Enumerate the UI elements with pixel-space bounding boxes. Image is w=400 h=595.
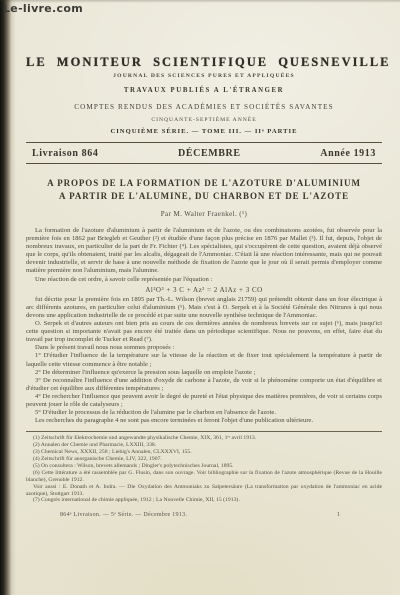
list-item: 1° D'étudier l'influence de la températu… [26,352,382,368]
journal-title: LE MONITEUR SCIENTIFIQUE QUESNEVILLE [26,55,382,70]
article-title-line2: A PARTIR DE L'ALUMINE, DU CHARBON ET DE … [26,190,382,203]
list-item: 4° De rechercher l'influence que peuvent… [26,393,382,409]
footnote-separator [26,431,382,432]
footnote: (5) On consultera : Wilson, brevets alle… [26,463,382,470]
rule-below-issue-bar [26,163,382,164]
footnote: (4) Zeitschrift für anorganische Chemie,… [26,456,382,463]
list-item: 3° De reconnaître l'influence d'une addi… [26,377,382,393]
issue-month: DÉCEMBRE [178,148,241,159]
article-title: A PROPOS DE LA FORMATION DE L'AZOTURE D'… [26,177,382,203]
paragraph: Dans le présent travail nous nous sommes… [26,344,382,352]
footnote: (6) Cette littérature a été rassemblée p… [26,470,382,484]
chemical-equation: Al²O³ + 3 C + Az² = 2 AlAz + 3 CO [26,286,382,294]
book-spine-shadow [0,0,16,595]
page-content: LE MONITEUR SCIENTIFIQUE QUESNEVILLE JOU… [26,0,382,518]
journal-subtitle: JOURNAL DES SCIENCES PURES ET APPLIQUÉES [26,73,382,79]
journal-masthead: LE MONITEUR SCIENTIFIQUE QUESNEVILLE JOU… [26,55,382,135]
masthead-year-line: CINQUANTE-SEPTIÈME ANNÉE [26,117,382,123]
paragraph: Une réaction de cet ordre, à savoir cell… [26,276,382,284]
masthead-series-line: CINQUIÈME SÉRIE. — TOME III. — IIᵉ PARTI… [26,128,382,135]
issue-signature: 864ᵉ Livraison. — 5ᵉ Série. — Décembre 1… [60,512,187,518]
page-mark: 1 [337,512,340,518]
footnote: (3) Chemical News, XXXII, 258 ; Liebig's… [26,449,382,456]
footnotes: (1) Zeitschrift für Elektrochemie und an… [26,435,382,504]
masthead-works-line: TRAVAUX PUBLIÉS A L'ÉTRANGER [26,87,382,94]
page-footer: 864ᵉ Livraison. — 5ᵉ Série. — Décembre 1… [26,512,382,518]
masthead-comptes-line: COMPTES RENDUS DES ACADÉMIES ET SOCIÉTÉS… [26,103,382,111]
footnote: (7) Congrès international de chimie appl… [26,497,382,504]
list-item: 2° De déterminer l'influence qu'exerce l… [26,369,382,377]
paragraph: La formation de l'azoture d'aluminium à … [26,227,382,276]
article-title-line1: A PROPOS DE LA FORMATION DE L'AZOTURE D'… [26,177,382,190]
issue-year: Année 1913 [320,148,376,159]
paragraph: O. Serpek et d'autres auteurs ont bien p… [26,320,382,344]
list-item: 5° D'étudier le processus de la réductio… [26,409,382,417]
article-byline: Par M. Walter Fraenkel. (¹) [26,210,382,218]
issue-number: Livraison 864 [32,148,98,159]
paragraph: fut décrite pour la première fois en 189… [26,296,382,320]
scanned-journal-page: Le-livre.com LE MONITEUR SCIENTIFIQUE QU… [0,0,400,595]
issue-bar: Livraison 864 DÉCEMBRE Année 1913 [26,143,382,163]
closing-paragraph: Les recherches du paragraphe 4 ne sont p… [26,417,382,425]
article-body: La formation de l'azoture d'aluminium à … [26,227,382,425]
footnote: Voir aussi : E. Donath et A. Indra. — Di… [26,484,382,498]
